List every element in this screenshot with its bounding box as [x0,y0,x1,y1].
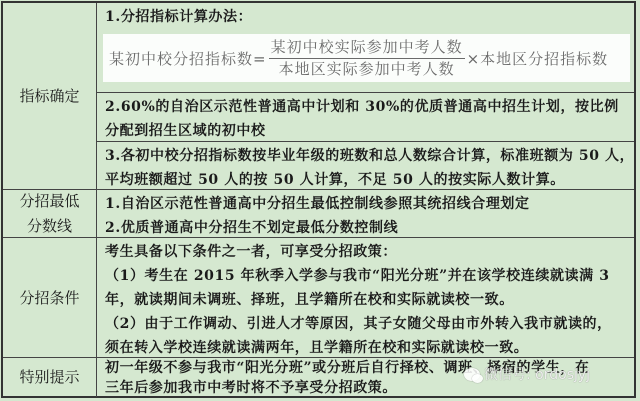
text-line: 分配到招生区域的初中校 [105,119,626,143]
text-line: 1.自治区示范性普通高中分招生最低控制线参照其统招线合理划定 [105,192,626,216]
policy-table: 指标确定 1.分招指标计算办法： 某初中校分招指标数= 某初中校实际参加中考人数… [1,1,636,398]
row-label: 分招条件 [3,238,97,358]
row-content: 考生具备以下条件之一者，可享受分招政策： （1）考生在 2015 年秋季入学参与… [97,238,634,358]
text-line: 3.各初中校分招指标数按毕业年级的班数和总人数综合计算，标准班额为 50 人， [105,144,626,168]
formula-image: 某初中校分招指标数= 某初中校实际参加中考人数 本地区实际参加中考人数 ×本地区… [103,34,630,82]
quota-formula-section: 1.分招指标计算办法： 某初中校分招指标数= 某初中校实际参加中考人数 本地区实… [97,3,634,92]
formula-fraction: 某初中校实际参加中考人数 本地区实际参加中考人数 [269,37,465,80]
text-line: 2.60%的自治区示范性普通高中计划和 30%的优质普通高中招生计划，按比例 [105,95,626,119]
conditions-section: 考生具备以下条件之一者，可享受分招政策： （1）考生在 2015 年秋季入学参与… [97,238,634,358]
score-section: 1.自治区示范性普通高中分招生最低控制线参照其统招线合理划定 2.优质普通高中分… [97,190,634,238]
formula-denominator: 本地区实际参加中考人数 [277,59,457,80]
label-line: 分招最低 [19,189,79,214]
quota-calculation-section: 3.各初中校分招指标数按毕业年级的班数和总人数综合计算，标准班额为 50 人， … [97,141,634,189]
formula-rhs: ×本地区分招指标数 [467,48,609,69]
text-line: （1）考生在 2015 年秋季入学参与我市“阳光分班”并在该学校连续就读满 3 [105,264,626,288]
watermark-text: 微信号: ordosjyj [484,364,590,384]
row-label: 特别提示 [3,358,97,397]
row-content: 1.自治区示范性普通高中分招生最低控制线参照其统招线合理划定 2.优质普通高中分… [97,190,634,238]
text-line: 年，就读期间未调班、择班，且学籍所在校和实际就读校一致。 [105,288,626,312]
label-line: 分数线 [27,214,72,239]
text-line: 考生具备以下条件之一者，可享受分招政策： [105,240,626,264]
row-label: 指标确定 [3,3,97,189]
wechat-icon [464,368,480,381]
quota-allocation-section: 2.60%的自治区示范性普通高中计划和 30%的优质普通高中招生计划，按比例 分… [97,92,634,141]
formula-heading: 1.分招指标计算办法： [105,5,626,29]
formula-numerator: 某初中校实际参加中考人数 [269,37,465,59]
text-line: （2）由于工作调动、引进人才等原因，其子女随父母由市外转入我市就读的， [105,312,626,336]
row-content: 1.分招指标计算办法： 某初中校分招指标数= 某初中校实际参加中考人数 本地区实… [97,3,634,189]
row-label: 分招最低 分数线 [3,190,97,238]
wechat-watermark: 微信号: ordosjyj [464,364,590,384]
formula-lhs: 某初中校分招指标数= [109,48,267,69]
row-conditions: 分招条件 考生具备以下条件之一者，可享受分招政策： （1）考生在 2015 年秋… [3,237,634,358]
row-minimum-score: 分招最低 分数线 1.自治区示范性普通高中分招生最低控制线参照其统招线合理划定 … [3,189,634,238]
row-quota-determination: 指标确定 1.分招指标计算办法： 某初中校分招指标数= 某初中校实际参加中考人数… [3,3,634,189]
